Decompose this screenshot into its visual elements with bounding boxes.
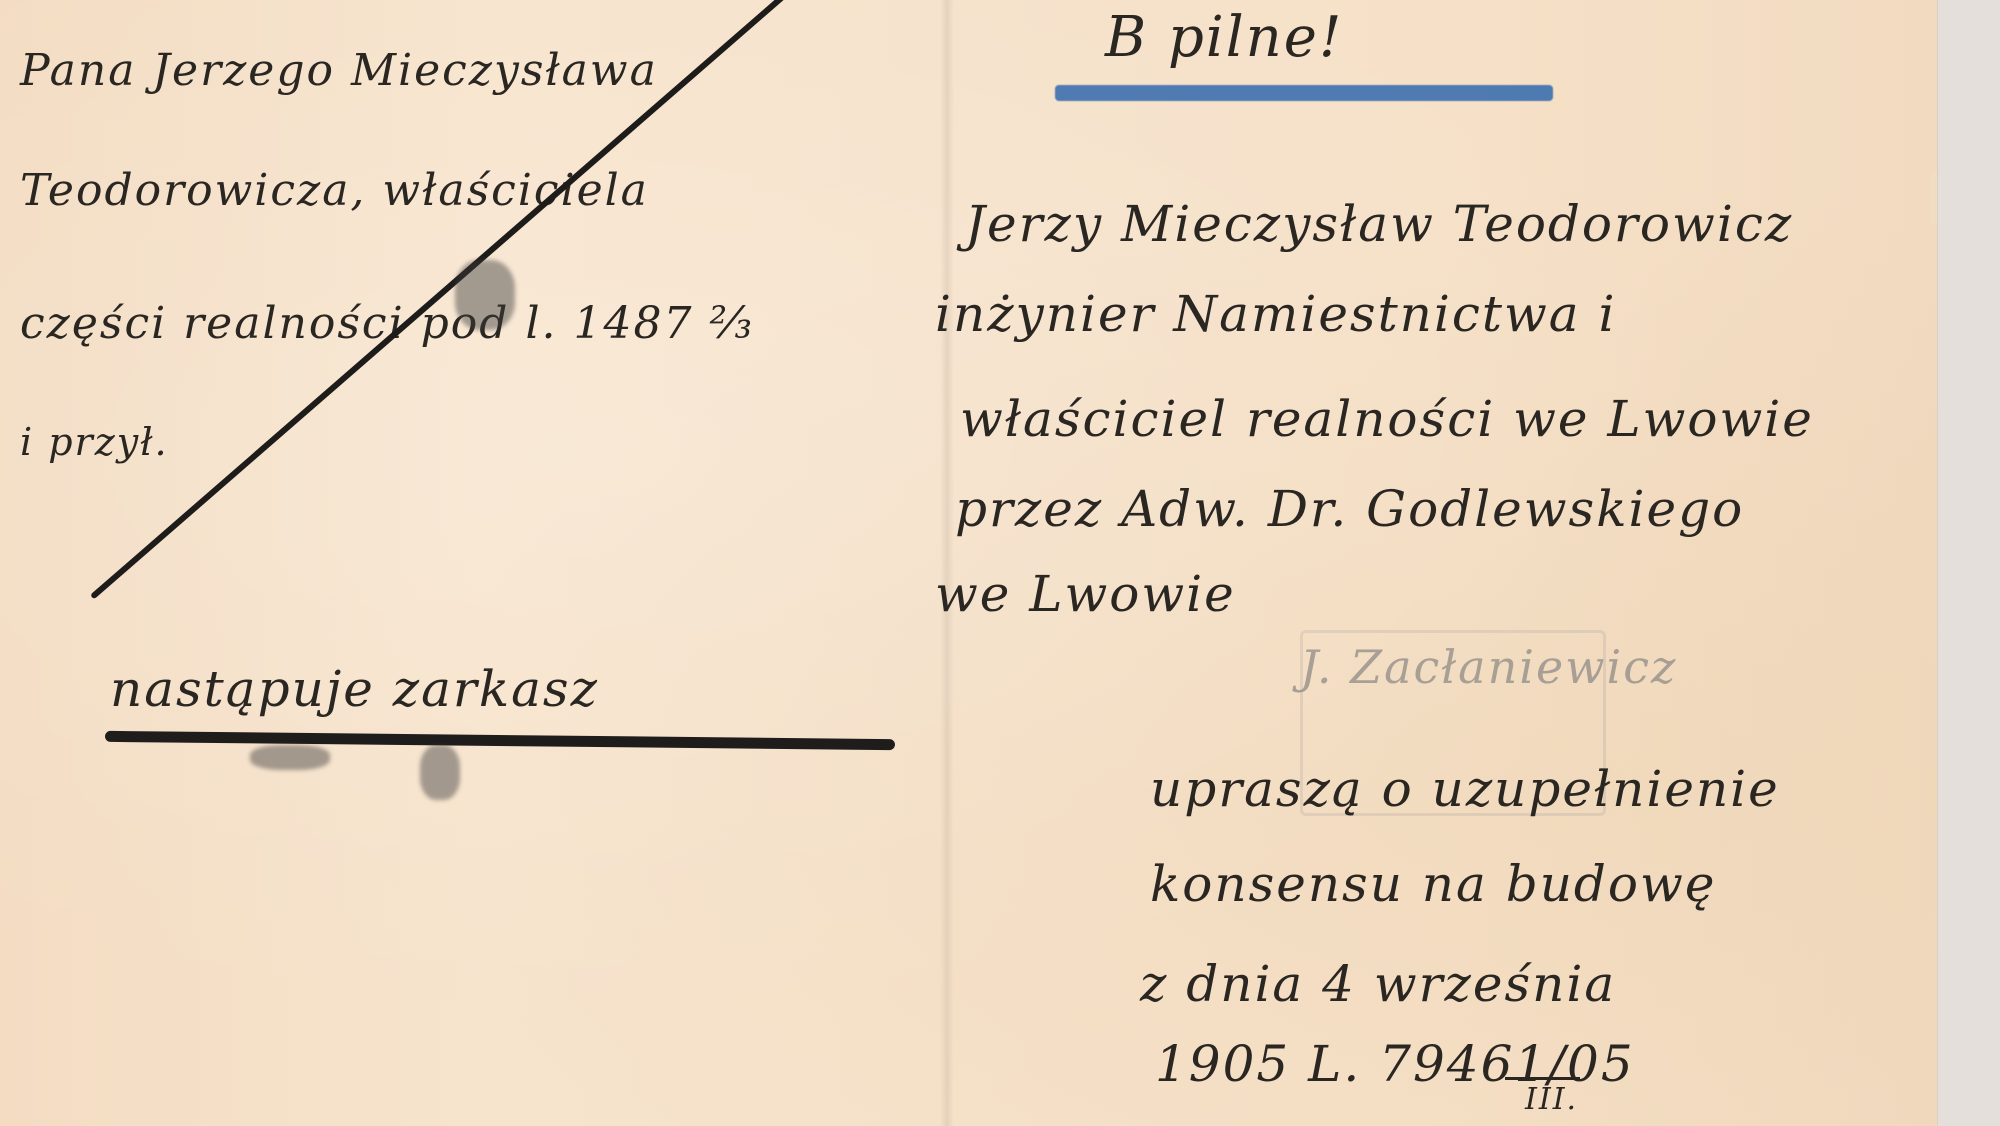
left-line-4: i przył.: [20, 420, 169, 464]
body-line-3: z dnia 4 września: [1140, 955, 1616, 1013]
address-line-1: Jerzy Mieczysław Teodorowicz: [965, 195, 1793, 253]
ink-drip: [250, 745, 330, 770]
body-line-2: konsensu na budowę: [1150, 855, 1716, 913]
signature-underline: [105, 731, 895, 750]
body-line-1: upraszą o uzupełnienie: [1150, 760, 1780, 818]
blue-pencil-underline: [1055, 85, 1553, 101]
left-signature: nastąpuje zarkasz: [110, 660, 599, 718]
ink-blot: [455, 260, 515, 330]
scan-backdrop: [1937, 0, 2000, 1126]
address-line-3: właściciel realności we Lwowie: [960, 390, 1814, 448]
address-line-2: inżynier Namiestnictwa i: [935, 285, 1616, 343]
document-page: Pana Jerzego Mieczysława Teodorowicza, w…: [0, 0, 1937, 1126]
left-line-1: Pana Jerzego Mieczysława: [20, 45, 658, 96]
address-line-5: we Lwowie: [935, 565, 1236, 623]
ink-drip: [420, 745, 460, 800]
address-line-4: przez Adw. Dr. Godlewskiego: [955, 480, 1744, 538]
reference-suffix: III.: [1525, 1082, 1578, 1117]
page-fold-crease: [940, 0, 954, 1126]
urgent-heading: B pilne!: [1105, 5, 1343, 70]
reference-underline: [1505, 1077, 1580, 1080]
faded-signature: J. Zacłaniewicz: [1300, 640, 1677, 694]
